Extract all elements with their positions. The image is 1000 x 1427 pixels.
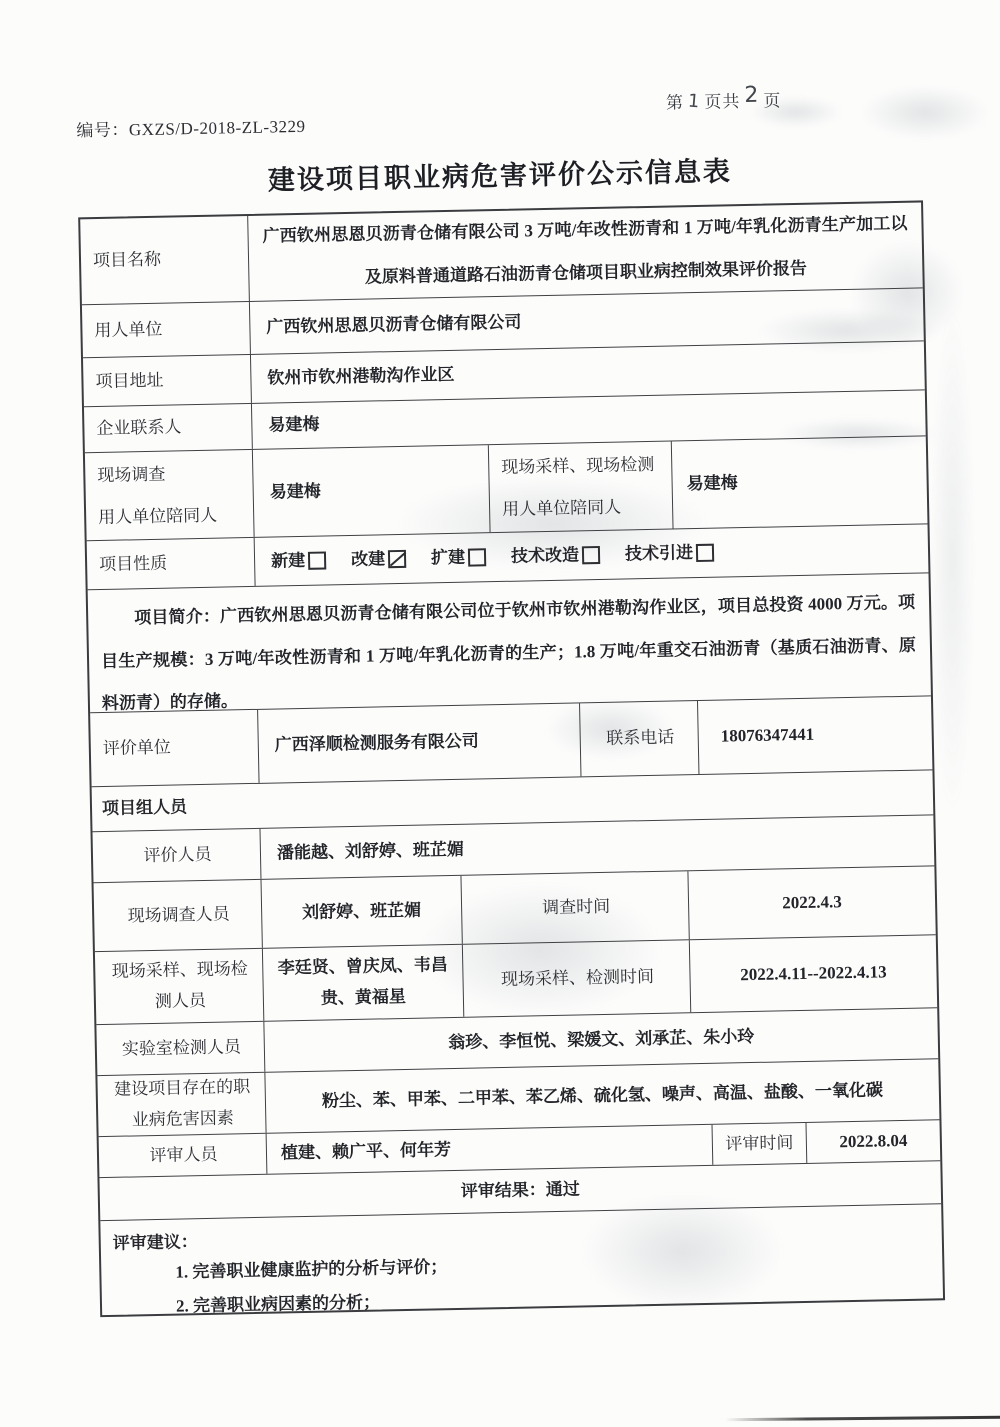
nature-option: 技术改造 [511, 542, 601, 570]
field-value-survey-time: 2022.4.3 [688, 866, 935, 939]
checkbox-empty-icon [582, 546, 600, 564]
field-label-survey-staff: 现场调查人员 [94, 880, 263, 951]
row-project-summary: 项目简介：广西钦州思恩贝沥青仓储有限公司位于钦州市钦州港勒沟作业区，项目总投资 … [88, 573, 931, 713]
field-value-phone: 18076347441 [698, 696, 932, 774]
field-label-company-contact: 企业联系人 [84, 404, 253, 452]
field-label-sampling-staff: 现场采样、现场检 测人员 [95, 949, 264, 1024]
field-label-review-time: 评审时间 [713, 1123, 808, 1165]
field-label-employer: 用人单位 [82, 302, 251, 357]
page-indicator: 第1页共2页 [666, 86, 782, 114]
document-title: 建设项目职业病危害评价公示信息表 [77, 145, 923, 201]
checkbox-checked-icon [388, 550, 406, 568]
field-value-evaluator: 广西泽顺检测服务有限公司 [258, 703, 581, 782]
checkbox-empty-icon [696, 544, 714, 562]
info-table: 项目名称 广西钦州思恩贝沥青仓储有限公司 3 万吨/年改性沥青和 1 万吨/年乳… [78, 200, 945, 1317]
page-number-total: 2 [740, 83, 763, 108]
field-value-review-time: 2022.8.04 [806, 1120, 940, 1163]
nature-option-label: 新建 [271, 548, 306, 575]
scanned-document-page: 编号：GXZS/D-2018-ZL-3229 第1页共2页 建设项目职业病危害评… [0, 0, 1000, 1427]
doc-number: 编号：GXZS/D-2018-ZL-3229 [76, 112, 306, 142]
doc-number-value: GXZS/D-2018-ZL-3229 [129, 117, 306, 140]
field-value-survey-staff: 刘舒婷、班芷媚 [262, 876, 463, 948]
field-value-project-name: 广西钦州思恩贝沥青仓储有限公司 3 万吨/年改性沥青和 1 万吨/年乳化沥青生产… [248, 202, 923, 300]
field-label-phone: 联系电话 [580, 701, 699, 776]
nature-option: 扩建 [431, 544, 487, 571]
field-label-survey-time: 调查时间 [461, 871, 689, 944]
page-number-current: 1 [683, 90, 705, 113]
row-project-name: 项目名称 广西钦州思恩贝沥青仓储有限公司 3 万吨/年改性沥青和 1 万吨/年乳… [80, 202, 923, 305]
nature-option: 新建 [271, 547, 327, 574]
row-review-advice: 评审建议： 1. 完善职业健康监护的分析与评价；2. 完善职业病因素的分析； [100, 1204, 943, 1315]
row-site-survey-escort: 现场调查 用人单位陪同人 易建梅 现场采样、现场检测 用人单位陪同人 易建梅 [85, 436, 928, 541]
project-summary-cell: 项目简介：广西钦州思恩贝沥青仓储有限公司位于钦州市钦州港勒沟作业区，项目总投资 … [88, 573, 931, 712]
field-label-project-nature: 项目性质 [87, 538, 256, 589]
field-value-sampling-staff: 李廷贤、曾庆凤、韦昌 贵、黄福星 [263, 945, 464, 1021]
field-label-sampling-time: 现场采样、检测时间 [463, 940, 691, 1017]
field-label-sampling-escort: 现场采样、现场检测 用人单位陪同人 [489, 441, 674, 532]
checkbox-empty-icon [468, 548, 486, 566]
field-label-project-address: 项目地址 [83, 355, 252, 406]
field-label-review-staff: 评审人员 [99, 1134, 268, 1177]
nature-option-label: 技术引进 [625, 540, 694, 568]
doc-number-label: 编号： [76, 120, 129, 140]
nature-option: 改建 [351, 546, 407, 573]
field-value-sampling-escort: 易建梅 [672, 436, 928, 528]
page-indicator-suffix: 页 [763, 91, 781, 110]
checkbox-empty-icon [308, 551, 326, 569]
field-label-project-name: 项目名称 [80, 216, 250, 304]
review-advice-cell: 评审建议： 1. 完善职业健康监护的分析与评价；2. 完善职业病因素的分析； [100, 1204, 943, 1315]
nature-option-label: 改建 [351, 546, 386, 573]
scan-edge-artifact [725, 1416, 1000, 1421]
page-indicator-prefix: 第 [666, 93, 684, 112]
field-label-lab-staff: 实验室检测人员 [96, 1022, 265, 1075]
nature-option: 技术引进 [625, 540, 715, 568]
page-indicator-middle: 页共 [704, 92, 740, 112]
field-label-evaluator: 评价单位 [90, 710, 259, 786]
field-value-survey-escort: 易建梅 [253, 445, 491, 537]
field-value-sampling-time: 2022.4.11--2022.4.13 [690, 935, 937, 1012]
field-label-survey-escort: 现场调查 用人单位陪同人 [85, 450, 255, 540]
document-sheet: 编号：GXZS/D-2018-ZL-3229 第1页共2页 建设项目职业病危害评… [48, 69, 953, 1336]
field-label-hazards: 建设项目存在的职 业病危害因素 [97, 1073, 266, 1136]
nature-option-label: 扩建 [431, 545, 466, 572]
field-label-eval-staff: 评价人员 [93, 829, 262, 882]
nature-option-label: 技术改造 [511, 542, 580, 570]
